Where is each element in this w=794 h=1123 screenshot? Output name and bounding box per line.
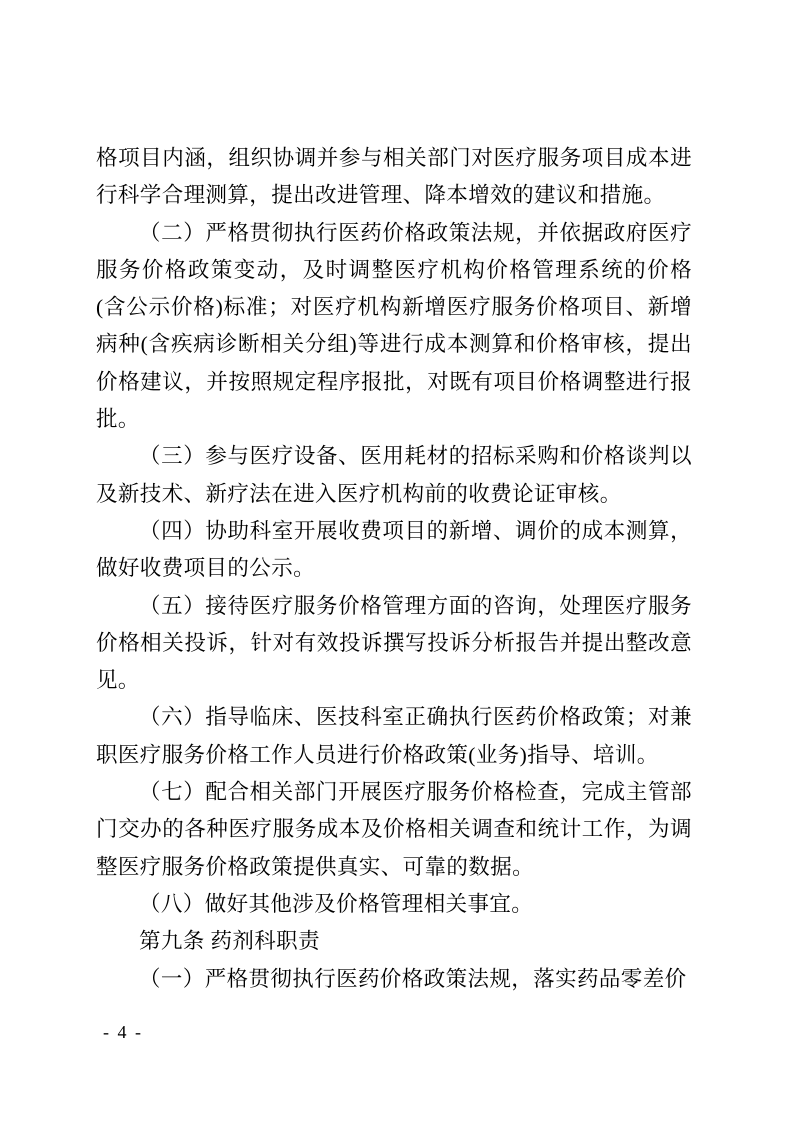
page-number: - 4 - [103, 1022, 143, 1042]
document-body: 格项目内涵，组织协调并参与相关部门对医疗服务项目成本进行科学合理测算，提出改进管… [96, 140, 692, 998]
document-page: 格项目内涵，组织协调并参与相关部门对医疗服务项目成本进行科学合理测算，提出改进管… [0, 0, 794, 1123]
paragraph-item-2: （二）严格贯彻执行医药价格政策法规，并依据政府医疗服务价格政策变动，及时调整医疗… [96, 215, 692, 439]
page-footer: - 4 - [103, 1020, 143, 1044]
paragraph-item-5: （五）接待医疗服务价格管理方面的咨询，处理医疗服务价格相关投诉，针对有效投诉撰写… [96, 588, 692, 700]
paragraph-article9-item-1: （一）严格贯彻执行医药价格政策法规，落实药品零差价 [96, 961, 692, 998]
paragraph-item-8: （八）做好其他涉及价格管理相关事宜。 [96, 886, 692, 923]
paragraph-item-3: （三）参与医疗设备、医用耗材的招标采购和价格谈判以及新技术、新疗法在进入医疗机构… [96, 438, 692, 513]
paragraph-item-4: （四）协助科室开展收费项目的新增、调价的成本测算，做好收费项目的公示。 [96, 513, 692, 588]
paragraph-continuation: 格项目内涵，组织协调并参与相关部门对医疗服务项目成本进行科学合理测算，提出改进管… [96, 140, 692, 215]
paragraph-item-7: （七）配合相关部门开展医疗服务价格检查，完成主管部门交办的各种医疗服务成本及价格… [96, 774, 692, 886]
article-9-heading: 第九条 药剂科职责 [96, 923, 692, 960]
paragraph-item-6: （六）指导临床、医技科室正确执行医药价格政策；对兼职医疗服务价格工作人员进行价格… [96, 699, 692, 774]
